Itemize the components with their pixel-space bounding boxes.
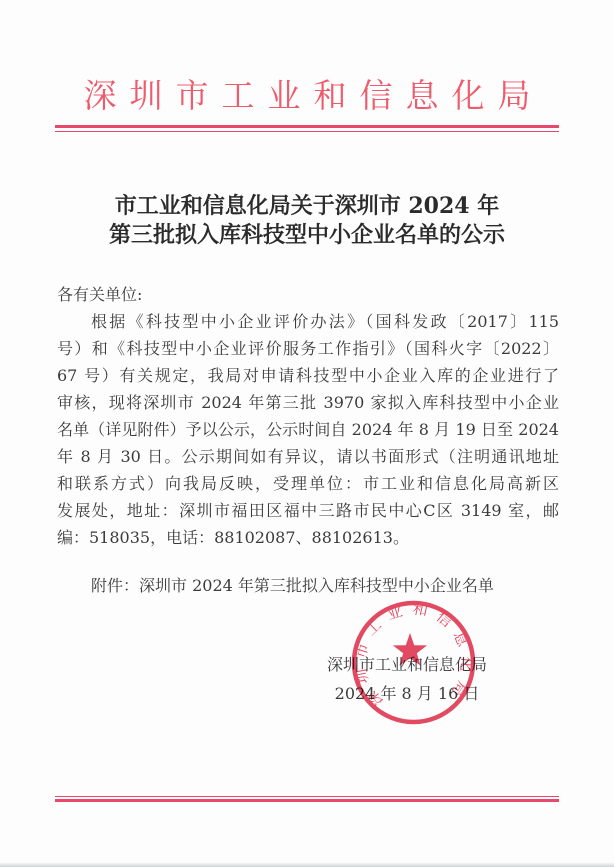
document-title-line-1: 市工业和信息化局关于深圳市 2024 年 (0, 192, 614, 221)
footer-rule-thick (55, 799, 559, 802)
footer-rule-thin (55, 796, 559, 797)
body-line: 名单（详见附件）予以公示，公示时间自 2024 年 8 月 19 日至 2024 (57, 416, 559, 443)
letterhead-title: 深圳市工业和信息化局 (0, 76, 614, 116)
header-rule-thin (55, 131, 559, 132)
page-scan-edge (0, 862, 614, 867)
salutation: 各有关单位: (57, 281, 559, 308)
official-seal: 深圳市工业和信息化局 (350, 598, 478, 726)
body-line: 号）和《科技型中小企业评价服务工作指引》（国科火字〔2022〕 (57, 335, 559, 362)
attachment-line: 附件：深圳市 2024 年第三批拟入库科技型中小企业名单 (57, 572, 593, 599)
document-title-line-2: 第三批拟入库科技型中小企业名单的公示 (0, 221, 614, 250)
body-line: 67 号）有关规定，我局对申请科技型中小企业入库的企业进行了 (57, 362, 559, 389)
body-line: 和联系方式）向我局反映，受理单位：市工业和信息化局高新区 (57, 470, 559, 497)
body-line: 年 8 月 30 日。公示期间如有异议，请以书面形式（注明通讯地址 (57, 443, 559, 470)
document-body: 各有关单位: 根据《科技型中小企业评价办法》（国科发政〔2017〕115 号）和… (57, 281, 559, 551)
document-page: 深圳市工业和信息化局 市工业和信息化局关于深圳市 2024 年 第三批拟入库科技… (0, 0, 614, 867)
body-line: 根据《科技型中小企业评价办法》（国科发政〔2017〕115 (57, 308, 559, 335)
document-title: 市工业和信息化局关于深圳市 2024 年 第三批拟入库科技型中小企业名单的公示 (0, 192, 614, 250)
body-line: 编：518035，电话：88102087、88102613。 (57, 524, 559, 551)
body-line: 发展处，地址：深圳市福田区福中三路市民中心C区 3149 室，邮 (57, 497, 559, 524)
body-line: 审核，现将深圳市 2024 年第三批 3970 家拟入库科技型中小企业 (57, 389, 559, 416)
header-rule-thick (55, 125, 559, 128)
star-icon (393, 633, 427, 666)
